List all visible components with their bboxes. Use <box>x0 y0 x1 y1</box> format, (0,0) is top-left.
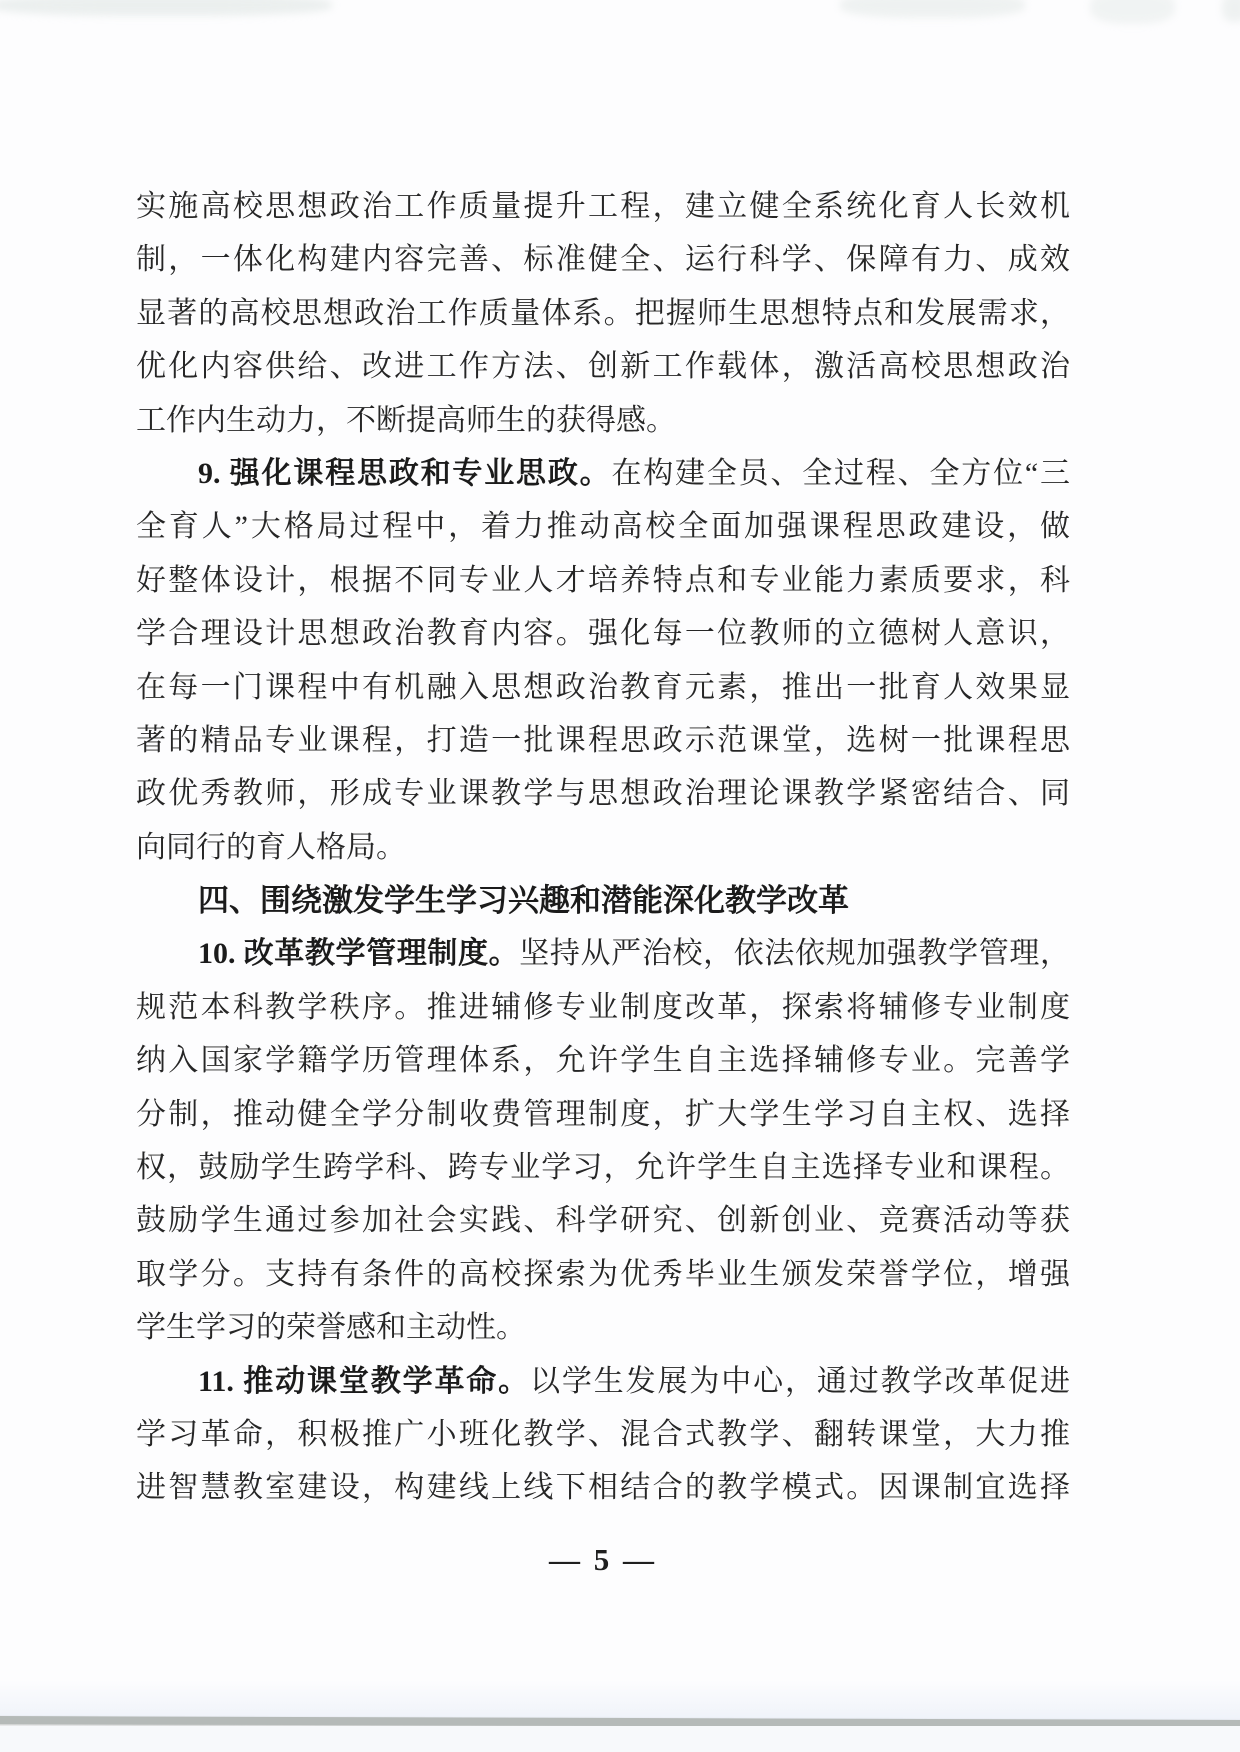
text-line: 工作内生动力，不断提高师生的获得感。 <box>136 394 1070 447</box>
text-line: 显著的高校思想政治工作质量体系。把握师生思想特点和发展需求， <box>136 287 1070 340</box>
paragraph-text: 显著的高校思想政治工作质量体系。把握师生思想特点和发展需求， <box>136 297 1070 330</box>
paragraph-lead-text: 11. 推动课堂教学革命。 <box>198 1365 530 1398</box>
document-text-block: 实施高校思想政治工作质量提升工程，建立健全系统化育人长效机制，一体化构建内容完善… <box>136 180 1070 1515</box>
scan-background-below-edge <box>0 1726 1240 1752</box>
text-line: 政优秀教师，形成专业课教学与思想政治理论课教学紧密结合、同 <box>136 767 1070 820</box>
paragraph-text: 学合理设计思想政治教育内容。强化每一位教师的立德树人意识， <box>136 617 1070 650</box>
paragraph-text: 在构建全员、全过程、全方位“三 <box>611 457 1070 490</box>
text-line: 权，鼓励学生跨学科、跨专业学习，允许学生自主选择专业和课程。 <box>136 1141 1070 1194</box>
paragraph-lead-text: 9. 强化课程思政和专业思政。 <box>198 457 611 490</box>
paragraph-text: 以学生发展为中心，通过教学改革促进 <box>530 1365 1070 1398</box>
paragraph-text: 优化内容供给、改进工作方法、创新工作载体，激活高校思想政治 <box>136 350 1070 383</box>
text-line: 著的精品专业课程，打造一批课程思政示范课堂，选树一批课程思 <box>136 714 1070 767</box>
text-line: 全育人”大格局过程中，着力推动高校全面加强课程思政建设，做 <box>136 500 1070 553</box>
paragraph-text: 工作内生动力，不断提高师生的获得感。 <box>136 404 676 437</box>
scan-bottom-shading <box>0 1680 1240 1720</box>
paragraph-lead-text: 四、围绕激发学生学习兴趣和潜能深化教学改革 <box>198 883 849 918</box>
text-line: 11. 推动课堂教学革命。以学生发展为中心，通过教学改革促进 <box>136 1355 1070 1408</box>
paragraph-lead-text: 10. 改革教学管理制度。 <box>198 937 519 970</box>
paragraph-text: 制，一体化构建内容完善、标准健全、运行科学、保障有力、成效 <box>136 243 1070 276</box>
paragraph-text: 鼓励学生通过参加社会实践、科学研究、创新创业、竞赛活动等获 <box>136 1204 1070 1237</box>
paragraph-text: 坚持从严治校，依法依规加强教学管理， <box>519 937 1070 970</box>
scan-smudge-top-corner <box>1222 0 1240 22</box>
paragraph-text: 学习革命，积极推广小班化教学、混合式教学、翻转课堂，大力推 <box>136 1418 1070 1451</box>
paragraph-text: 纳入国家学籍学历管理体系，允许学生自主选择辅修专业。完善学 <box>136 1044 1070 1077</box>
scan-smudge-top-middle <box>840 0 1025 18</box>
text-line: 取学分。支持有条件的高校探索为优秀毕业生颁发荣誉学位，增强 <box>136 1248 1070 1301</box>
text-line: 实施高校思想政治工作质量提升工程，建立健全系统化育人长效机 <box>136 180 1070 233</box>
document-page: 实施高校思想政治工作质量提升工程，建立健全系统化育人长效机制，一体化构建内容完善… <box>0 0 1240 1752</box>
text-line: 进智慧教室建设，构建线上线下相结合的教学模式。因课制宜选择 <box>136 1461 1070 1514</box>
text-line: 纳入国家学籍学历管理体系，允许学生自主选择辅修专业。完善学 <box>136 1034 1070 1087</box>
text-line: 10. 改革教学管理制度。坚持从严治校，依法依规加强教学管理， <box>136 927 1070 980</box>
text-line: 9. 强化课程思政和专业思政。在构建全员、全过程、全方位“三 <box>136 447 1070 500</box>
paragraph-text: 在每一门课程中有机融入思想政治教育元素，推出一批育人效果显 <box>136 671 1070 704</box>
scan-smudge-top-right <box>1090 0 1175 24</box>
text-line: 学习革命，积极推广小班化教学、混合式教学、翻转课堂，大力推 <box>136 1408 1070 1461</box>
paragraph-text: 规范本科教学秩序。推进辅修专业制度改革，探索将辅修专业制度 <box>136 991 1070 1024</box>
paragraph-text: 进智慧教室建设，构建线上线下相结合的教学模式。因课制宜选择 <box>136 1471 1070 1504</box>
paragraph-text: 取学分。支持有条件的高校探索为优秀毕业生颁发荣誉学位，增强 <box>136 1258 1070 1291</box>
text-line: 在每一门课程中有机融入思想政治教育元素，推出一批育人效果显 <box>136 661 1070 714</box>
paragraph-text: 学生学习的荣誉感和主动性。 <box>136 1311 526 1344</box>
section-heading: 四、围绕激发学生学习兴趣和潜能深化教学改革 <box>136 874 1070 927</box>
text-line: 学合理设计思想政治教育内容。强化每一位教师的立德树人意识， <box>136 607 1070 660</box>
text-line: 规范本科教学秩序。推进辅修专业制度改革，探索将辅修专业制度 <box>136 981 1070 1034</box>
text-line: 制，一体化构建内容完善、标准健全、运行科学、保障有力、成效 <box>136 233 1070 286</box>
paragraph-text: 全育人”大格局过程中，着力推动高校全面加强课程思政建设，做 <box>136 510 1070 543</box>
text-line: 分制，推动健全学分制收费管理制度，扩大学生学习自主权、选择 <box>136 1088 1070 1141</box>
paragraph-text: 著的精品专业课程，打造一批课程思政示范课堂，选树一批课程思 <box>136 724 1070 757</box>
paragraph-text: 政优秀教师，形成专业课教学与思想政治理论课教学紧密结合、同 <box>136 777 1070 810</box>
paragraph-text: 实施高校思想政治工作质量提升工程，建立健全系统化育人长效机 <box>136 190 1070 223</box>
text-line: 向同行的育人格局。 <box>136 821 1070 874</box>
text-line: 优化内容供给、改进工作方法、创新工作载体，激活高校思想政治 <box>136 340 1070 393</box>
text-line: 学生学习的荣誉感和主动性。 <box>136 1301 1070 1354</box>
scan-smudge-top-left <box>0 0 332 16</box>
paragraph-text: 好整体设计，根据不同专业人才培养特点和专业能力素质要求，科 <box>136 564 1070 597</box>
text-line: 鼓励学生通过参加社会实践、科学研究、创新创业、竞赛活动等获 <box>136 1194 1070 1247</box>
paragraph-text: 向同行的育人格局。 <box>136 831 406 864</box>
text-line: 好整体设计，根据不同专业人才培养特点和专业能力素质要求，科 <box>136 554 1070 607</box>
paragraph-text: 分制，推动健全学分制收费管理制度，扩大学生学习自主权、选择 <box>136 1098 1070 1131</box>
paragraph-text: 权，鼓励学生跨学科、跨专业学习，允许学生自主选择专业和课程。 <box>136 1151 1070 1184</box>
page-number: — 5 — <box>136 1542 1070 1578</box>
